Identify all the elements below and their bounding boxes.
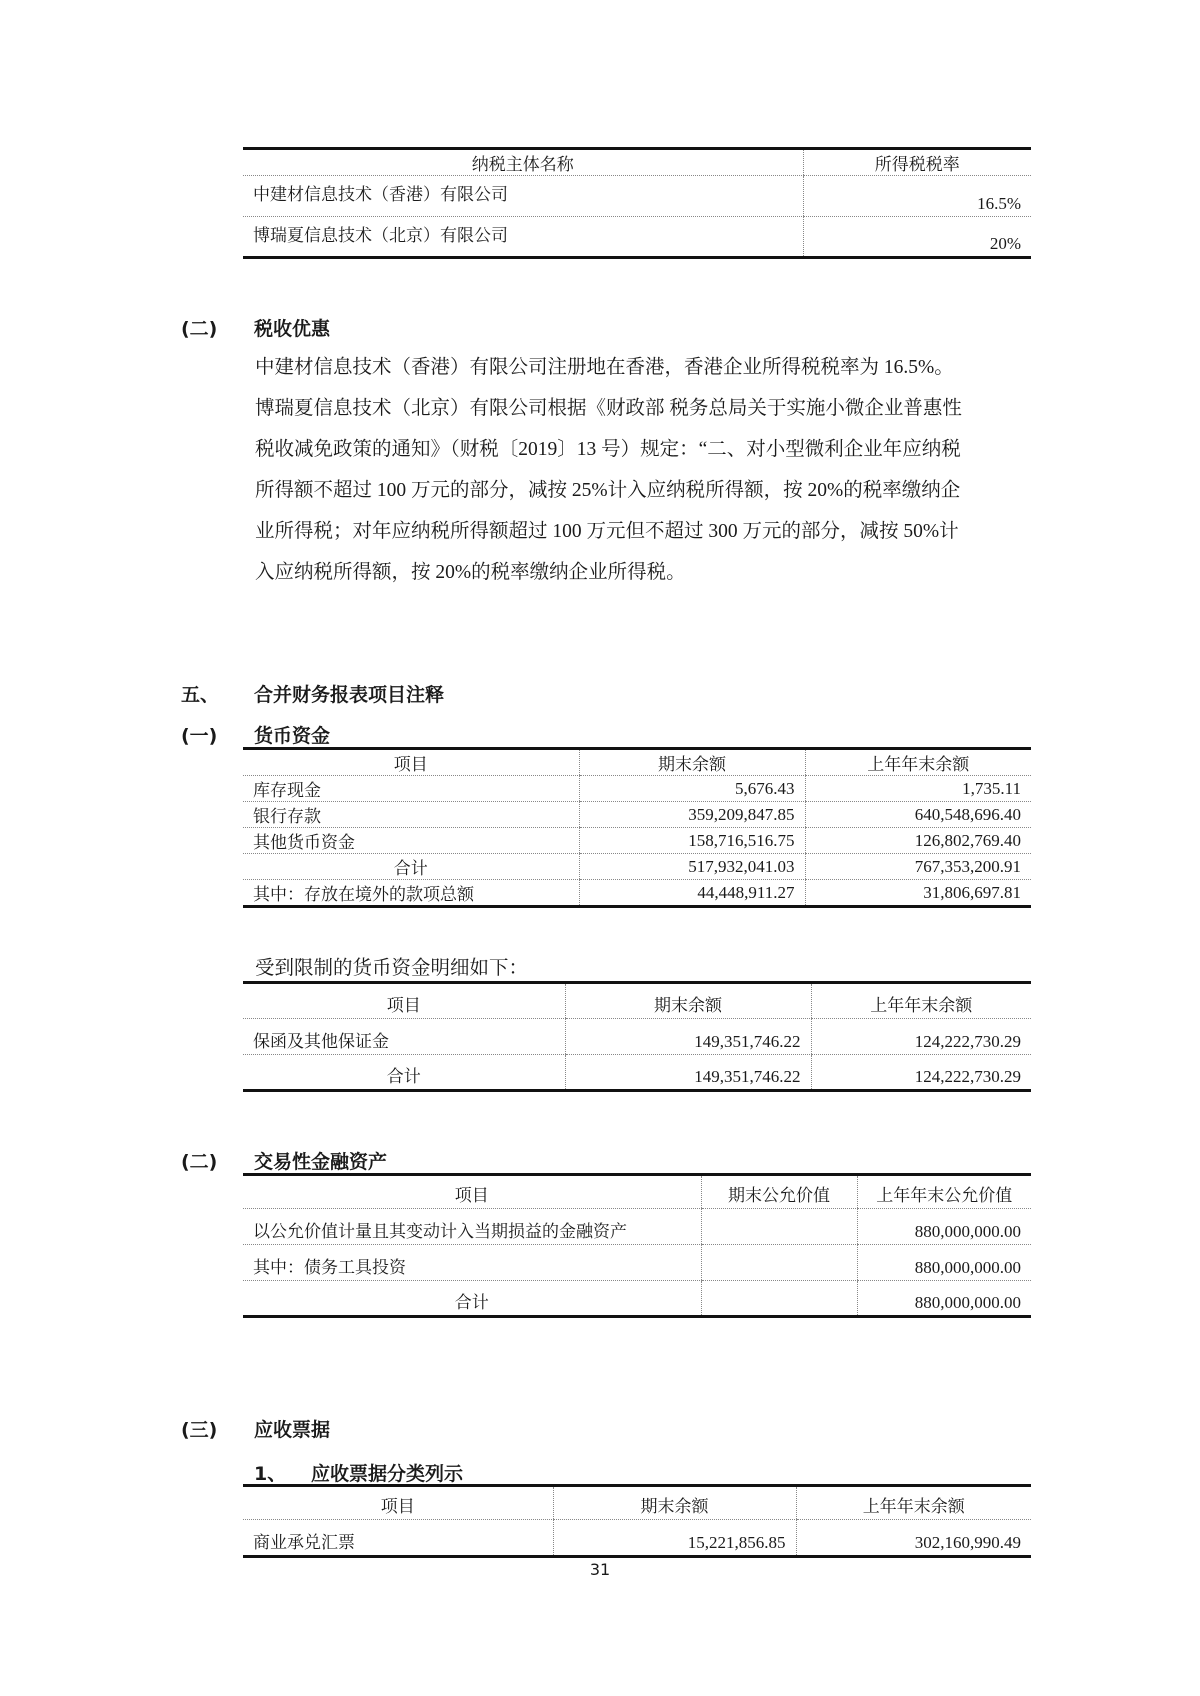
paragraph-line: 业所得税；对年应纳税所得额超过 100 万元但不超过 300 万元的部分，减按 … bbox=[255, 511, 1035, 552]
ending-balance: 44,448,911.27 bbox=[579, 880, 805, 907]
item-name: 其他货币资金 bbox=[243, 828, 579, 854]
table-row: 库存现金 5,676.43 1,735.11 bbox=[243, 776, 1031, 802]
item-name: 其中：存放在境外的款项总额 bbox=[243, 880, 579, 907]
tax-rate-table: 纳税主体名称 所得税税率 中建材信息技术（香港）有限公司 16.5% 博瑞夏信息… bbox=[243, 147, 1031, 259]
ending-fair-value bbox=[701, 1281, 857, 1317]
item-name: 以公允价值计量且其变动计入当期损益的金融资产 bbox=[243, 1209, 701, 1245]
item-name: 银行存款 bbox=[243, 802, 579, 828]
item-name: 库存现金 bbox=[243, 776, 579, 802]
table-header: 上年年末公允价值 bbox=[857, 1175, 1031, 1209]
table-header: 所得税税率 bbox=[803, 149, 1031, 176]
table-header: 项目 bbox=[243, 749, 579, 776]
table-header: 项目 bbox=[243, 1486, 553, 1520]
section-number: (二) bbox=[181, 1147, 217, 1174]
table-row: 以公允价值计量且其变动计入当期损益的金融资产 880,000,000.00 bbox=[243, 1209, 1031, 1245]
prior-balance: 124,222,730.29 bbox=[811, 1019, 1031, 1055]
total-row: 合计 517,932,041.03 767,353,200.91 bbox=[243, 854, 1031, 880]
table-row: 保函及其他保证金 149,351,746.22 124,222,730.29 bbox=[243, 1019, 1031, 1055]
trading-assets-table: 项目 期末公允价值 上年年末公允价值 以公允价值计量且其变动计入当期损益的金融资… bbox=[243, 1173, 1031, 1318]
restricted-cash-table: 项目 期末余额 上年年末余额 保函及其他保证金 149,351,746.22 1… bbox=[243, 981, 1031, 1092]
tax-rate: 16.5% bbox=[803, 176, 1031, 217]
prior-balance: 302,160,990.49 bbox=[796, 1520, 1031, 1557]
section-number: (二) bbox=[181, 314, 217, 341]
section-title: 税收优惠 bbox=[254, 314, 330, 341]
paragraph-line: 税收减免政策的通知》（财税〔2019〕13 号）规定：“二、对小型微利企业年应纳… bbox=[255, 429, 1035, 470]
ending-balance: 359,209,847.85 bbox=[579, 802, 805, 828]
table-row: 中建材信息技术（香港）有限公司 16.5% bbox=[243, 176, 1031, 217]
item-name: 保函及其他保证金 bbox=[243, 1019, 565, 1055]
table-header: 项目 bbox=[243, 983, 565, 1019]
prior-balance: 640,548,696.40 bbox=[805, 802, 1031, 828]
table-header: 期末公允价值 bbox=[701, 1175, 857, 1209]
ending-balance: 517,932,041.03 bbox=[579, 854, 805, 880]
page-number: 31 bbox=[0, 1560, 1200, 1579]
total-row: 合计 880,000,000.00 bbox=[243, 1281, 1031, 1317]
notes-receivable-table: 项目 期末余额 上年年末余额 商业承兑汇票 15,221,856.85 302,… bbox=[243, 1484, 1031, 1558]
prior-balance: 31,806,697.81 bbox=[805, 880, 1031, 907]
section-number: (三) bbox=[181, 1415, 217, 1442]
table-header: 项目 bbox=[243, 1175, 701, 1209]
prior-balance: 1,735.11 bbox=[805, 776, 1031, 802]
item-name: 合计 bbox=[243, 1055, 565, 1091]
table-row: 银行存款 359,209,847.85 640,548,696.40 bbox=[243, 802, 1031, 828]
ending-balance: 15,221,856.85 bbox=[553, 1520, 796, 1557]
paragraph-line: 博瑞夏信息技术（北京）有限公司根据《财政部 税务总局关于实施小微企业普惠性 bbox=[255, 388, 1035, 429]
section-title: 应收票据 bbox=[254, 1415, 330, 1442]
ending-balance: 149,351,746.22 bbox=[565, 1019, 811, 1055]
ending-balance: 149,351,746.22 bbox=[565, 1055, 811, 1091]
entity-name: 中建材信息技术（香港）有限公司 bbox=[243, 176, 803, 217]
item-name: 合计 bbox=[243, 1281, 701, 1317]
prior-balance: 767,353,200.91 bbox=[805, 854, 1031, 880]
table-row: 博瑞夏信息技术（北京）有限公司 20% bbox=[243, 217, 1031, 258]
entity-name: 博瑞夏信息技术（北京）有限公司 bbox=[243, 217, 803, 258]
subsection-title: 应收票据分类列示 bbox=[311, 1459, 463, 1486]
table-header: 纳税主体名称 bbox=[243, 149, 803, 176]
ending-fair-value bbox=[701, 1245, 857, 1281]
table-row: 其他货币资金 158,716,516.75 126,802,769.40 bbox=[243, 828, 1031, 854]
table-header: 上年年末余额 bbox=[796, 1486, 1031, 1520]
prior-fair-value: 880,000,000.00 bbox=[857, 1281, 1031, 1317]
table-row: 其中：存放在境外的款项总额 44,448,911.27 31,806,697.8… bbox=[243, 880, 1031, 907]
paragraph-line: 入应纳税所得额，按 20%的税率缴纳企业所得税。 bbox=[255, 552, 1035, 593]
tax-incentive-text: 中建材信息技术（香港）有限公司注册地在香港，香港企业所得税税率为 16.5%。 … bbox=[255, 347, 1035, 593]
tax-rate: 20% bbox=[803, 217, 1031, 258]
ending-balance: 5,676.43 bbox=[579, 776, 805, 802]
prior-balance: 126,802,769.40 bbox=[805, 828, 1031, 854]
table-row: 其中：债务工具投资 880,000,000.00 bbox=[243, 1245, 1031, 1281]
table-row: 商业承兑汇票 15,221,856.85 302,160,990.49 bbox=[243, 1520, 1031, 1557]
item-name: 其中：债务工具投资 bbox=[243, 1245, 701, 1281]
total-row: 合计 149,351,746.22 124,222,730.29 bbox=[243, 1055, 1031, 1091]
chapter-number: 五、 bbox=[181, 680, 219, 707]
subsection-number: 1、 bbox=[254, 1459, 286, 1486]
table-header: 上年年末余额 bbox=[811, 983, 1031, 1019]
paragraph-line: 所得额不超过 100 万元的部分，减按 25%计入应纳税所得额，按 20%的税率… bbox=[255, 470, 1035, 511]
item-name: 商业承兑汇票 bbox=[243, 1520, 553, 1557]
paragraph-line: 中建材信息技术（香港）有限公司注册地在香港，香港企业所得税税率为 16.5%。 bbox=[255, 347, 1035, 388]
chapter-title: 合并财务报表项目注释 bbox=[254, 680, 444, 707]
prior-fair-value: 880,000,000.00 bbox=[857, 1209, 1031, 1245]
item-name: 合计 bbox=[243, 854, 579, 880]
section-number: (一) bbox=[181, 721, 217, 748]
table-header: 上年年末余额 bbox=[805, 749, 1031, 776]
cash-table: 项目 期末余额 上年年末余额 库存现金 5,676.43 1,735.11 银行… bbox=[243, 747, 1031, 908]
table-header: 期末余额 bbox=[565, 983, 811, 1019]
prior-fair-value: 880,000,000.00 bbox=[857, 1245, 1031, 1281]
table-header: 期末余额 bbox=[553, 1486, 796, 1520]
section-title: 货币资金 bbox=[254, 721, 330, 748]
ending-fair-value bbox=[701, 1209, 857, 1245]
prior-balance: 124,222,730.29 bbox=[811, 1055, 1031, 1091]
section-title: 交易性金融资产 bbox=[254, 1147, 387, 1174]
table-header: 期末余额 bbox=[579, 749, 805, 776]
restricted-cash-intro: 受到限制的货币资金明细如下： bbox=[255, 952, 528, 980]
ending-balance: 158,716,516.75 bbox=[579, 828, 805, 854]
